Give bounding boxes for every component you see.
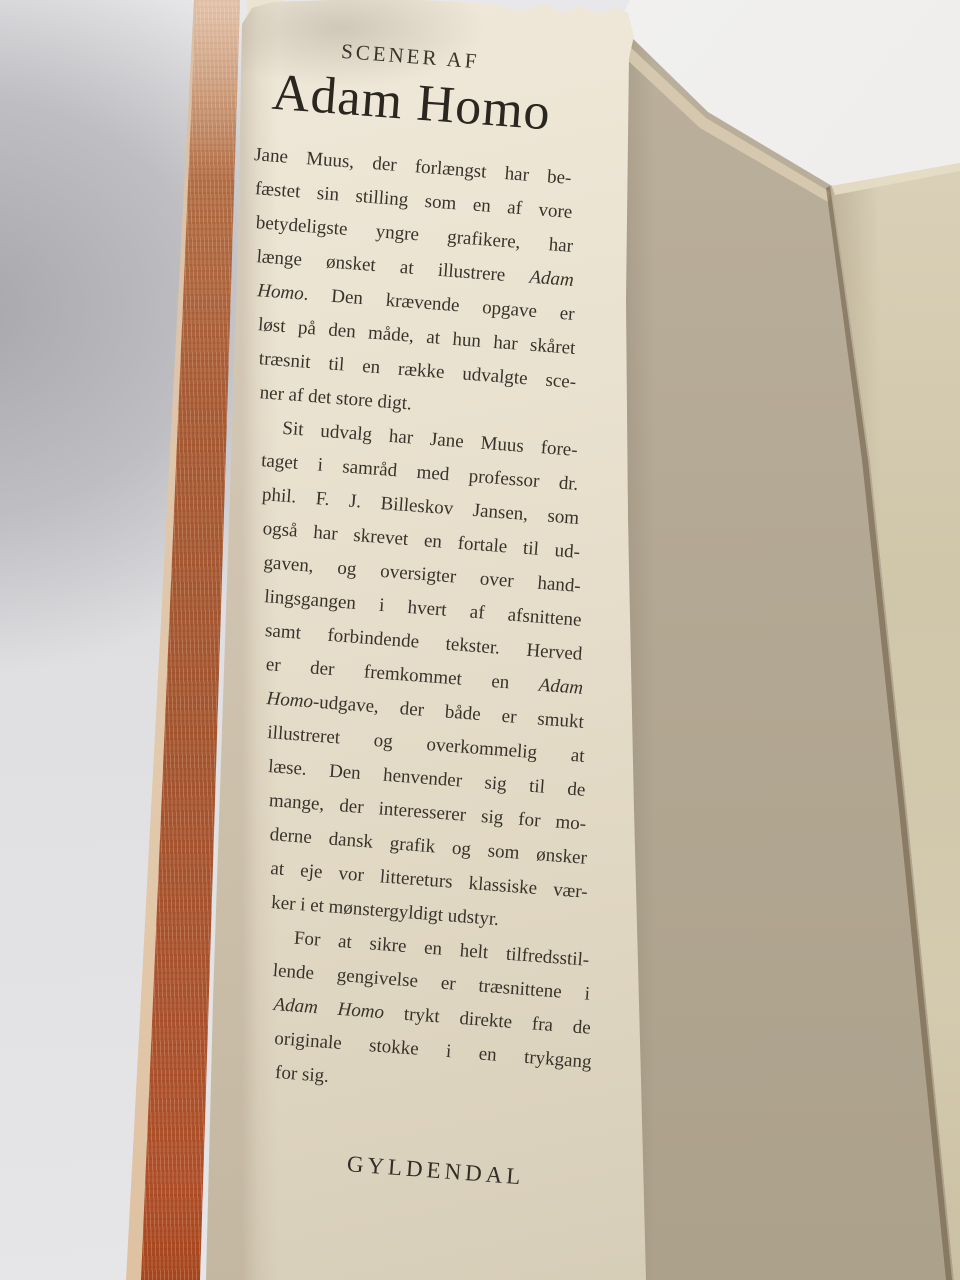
flap-body: JaneMuus,derforlængstharbe-fæstetsinstil… xyxy=(254,147,594,1106)
book-photo: SCENER AF Adam Homo JaneMuus,derforlængs… xyxy=(0,0,960,1280)
flap-text-column: SCENER AF Adam Homo JaneMuus,derforlængs… xyxy=(251,37,595,1192)
